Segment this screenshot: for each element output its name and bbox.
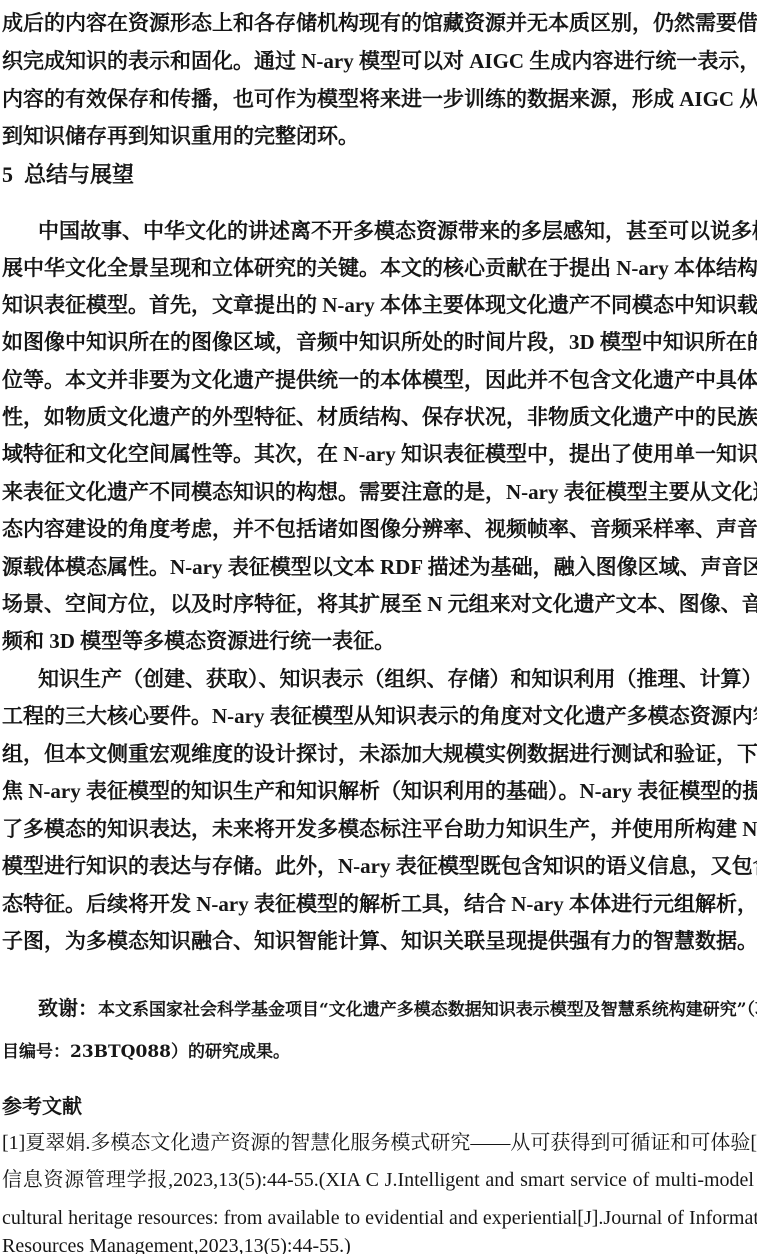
text-line: 如图像中知识所在的图像区域，音频中知识所处的时间片段，3D 模型中知识所在的空间… xyxy=(2,328,754,356)
text-line: 中国故事、中华文化的讲述离不开多模态资源带来的多层感知，甚至可以说多模态是开 xyxy=(38,217,754,245)
text-line: 了多模态的知识表达，未来将开发多模态标注平台助力知识生产，并使用所构建 N-ar… xyxy=(2,815,754,843)
acknowledgement-line: 目编号：23BTQ088）的研究成果。 xyxy=(2,1040,290,1064)
text-line: 到知识储存再到知识重用的完整闭环。 xyxy=(2,122,754,150)
acknowledgement-text: 本文系国家社会科学基金项目“文化遗产多模态数据知识表示模型及智慧系统构建研究”（… xyxy=(98,1000,757,1020)
text-line: 域特征和文化空间属性等。其次，在 N-ary 知识表征模型中，提出了使用单一知识… xyxy=(2,440,754,468)
text-line: 态内容建设的角度考虑，并不包括诸如图像分辨率、视频帧率、音频采样率、声音通道等资 xyxy=(2,515,754,543)
section-heading: 5 总结与展望 xyxy=(2,161,134,189)
text-line: 源载体模态属性。N-ary 表征模型以文本 RDF 描述为基础，融入图像区域、声… xyxy=(2,553,754,581)
text-line: 焦 N-ary 表征模型的知识生产和知识解析（知识利用的基础）。N-ary 表征… xyxy=(2,777,754,805)
text-line: 织完成知识的表示和固化。通过 N-ary 模型可以对 AIGC 生成内容进行统一… xyxy=(2,47,754,75)
text-line: 态特征。后续将开发 N-ary 表征模型的解析工具，结合 N-ary 本体进行元… xyxy=(2,890,754,918)
text-line: 知识表征模型。首先，文章提出的 N-ary 本体主要体现文化遗产不同模态中知识载… xyxy=(2,291,754,319)
text-line: 展中华文化全景呈现和立体研究的关键。本文的核心贡献在于提出 N-ary 本体结构… xyxy=(2,254,754,282)
text-line: 模型进行知识的表达与存储。此外，N-ary 表征模型既包含知识的语义信息，又包含… xyxy=(2,852,754,880)
text-line: 场景、空间方位，以及时序特征，将其扩展至 N 元组来对文化遗产文本、图像、音频、… xyxy=(2,590,754,618)
text-line: 位等。本文并非要为文化遗产提供统一的本体模型，因此并不包含文化遗产中具体的资源属 xyxy=(2,366,754,394)
acknowledgement-label: 致谢： xyxy=(38,996,98,1020)
reference-line: [1]夏翠娟.多模态文化遗产资源的智慧化服务模式研究——从可获得到可循证和可体验… xyxy=(2,1129,754,1157)
text-line: 组，但本文侧重宏观维度的设计探讨，未添加大规模实例数据进行测试和验证，下一步将聚 xyxy=(2,740,754,768)
text-line: 来表征文化遗产不同模态知识的构想。需要注意的是，N-ary 表征模型主要从文化遗… xyxy=(2,478,754,506)
text-line: 性，如物质文化遗产的外型特征、材质结构、保存状况，非物质文化遗产中的民族特征、地 xyxy=(2,403,754,431)
text-line: 频和 3D 模型等多模态资源进行统一表征。 xyxy=(2,627,754,655)
text-line: 知识生产（创建、获取）、知识表示（组织、存储）和知识利用（推理、计算）是知识 xyxy=(38,665,754,693)
acknowledgement-line: 致谢：本文系国家社会科学基金项目“文化遗产多模态数据知识表示模型及智慧系统构建研… xyxy=(38,996,754,1022)
reference-line: Resources Management,2023,13(5):44-55.) xyxy=(2,1232,754,1254)
section-number: 5 xyxy=(2,162,13,187)
reference-line: 信息资源管理学报,2023,13(5):44-55.(XIA C J.Intel… xyxy=(2,1166,754,1194)
text-line: 工程的三大核心要件。N-ary 表征模型从知识表示的角度对文化遗产多模态资源内容… xyxy=(2,702,754,730)
references-title: 参考文献 xyxy=(2,1093,82,1121)
text-line: 子图，为多模态知识融合、知识智能计算、知识关联呈现提供强有力的智慧数据。 xyxy=(2,927,754,955)
section-title: 总结与展望 xyxy=(24,162,134,187)
text-line: 成后的内容在资源形态上和各存储机构现有的馆藏资源并无本质区别，仍然需要借助知识组 xyxy=(2,9,754,37)
reference-line: cultural heritage resources: from availa… xyxy=(2,1204,754,1232)
text-line: 内容的有效保存和传播，也可作为模型将来进一步训练的数据来源，形成 AIGC 从内… xyxy=(2,85,754,113)
